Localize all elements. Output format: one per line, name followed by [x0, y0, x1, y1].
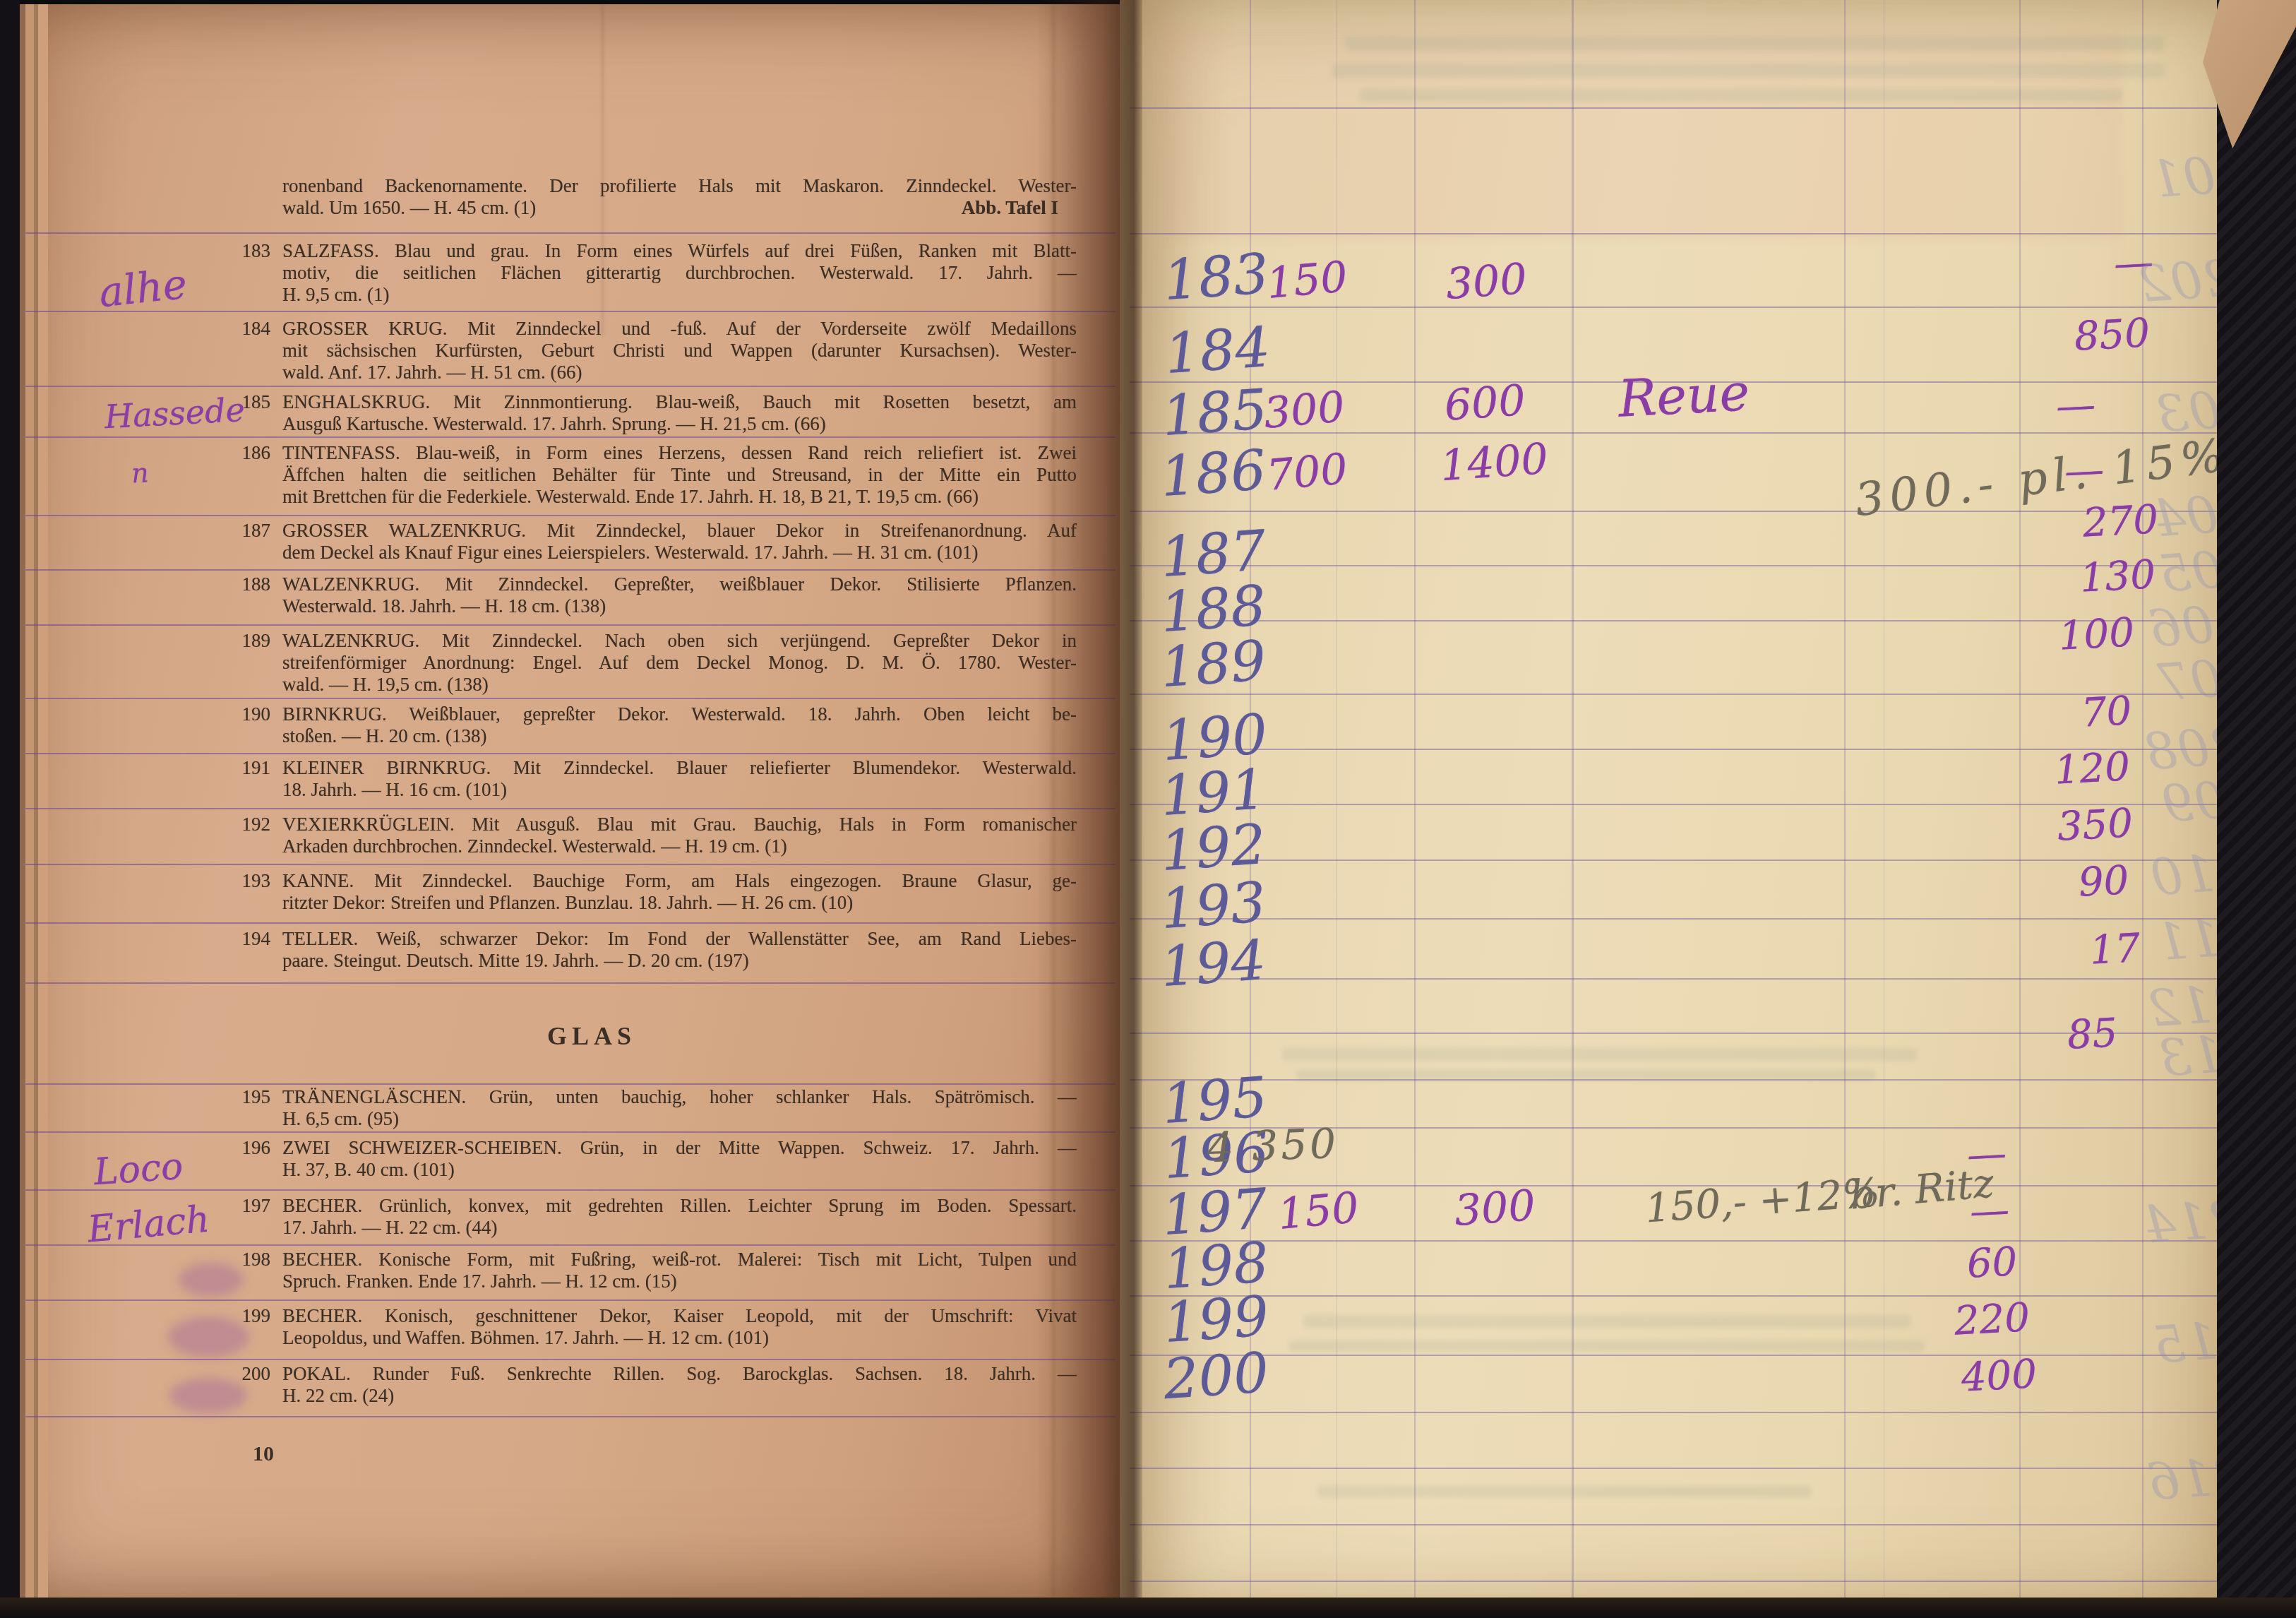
- rule-line: [25, 386, 1116, 387]
- catalog-entry-199: 199BECHER. Konisch, geschnittener Dekor,…: [282, 1305, 1077, 1349]
- ledger-result-188: 130: [2079, 552, 2156, 602]
- ledger-result-185: —: [2055, 382, 2096, 430]
- entry-line: GROSSER WALZENKRUG. Mit Zinndeckel, blau…: [282, 520, 1077, 542]
- ledger-result-192: 350: [2056, 800, 2134, 850]
- rule-line: [1130, 307, 2217, 308]
- ledger-result-184: 850: [2073, 310, 2151, 360]
- column-rule: [1884, 0, 1884, 1618]
- book-scan: ronenband Backenornamente. Der profilier…: [0, 0, 2296, 1618]
- margin-note-185: Hassede: [104, 391, 246, 436]
- ledger-lot-189: 189: [1159, 629, 1268, 700]
- ledger-result-197: —: [1968, 1187, 2010, 1235]
- rule-line: [1130, 804, 2217, 805]
- catalog-entry-197: 197BECHER. Grünlich, konvex, mit gedreht…: [282, 1195, 1077, 1239]
- ghost-bleed-text: [1317, 1486, 1812, 1497]
- entry-line: dem Deckel als Knauf Figur eines Leiersp…: [282, 542, 1077, 564]
- entry-line: H. 22 cm. (24): [282, 1385, 1077, 1407]
- rule-line: [25, 698, 1116, 699]
- rule-line: [25, 311, 1116, 312]
- rule-line: [25, 922, 1116, 924]
- rule-line: [1130, 233, 2217, 234]
- entry-line: BECHER. Konische Form, mit Fußring, weiß…: [282, 1249, 1077, 1271]
- entry-number: 183: [217, 240, 270, 262]
- catalog-entry-185: 185ENGHALSKRUG. Mit Zinnmontierung. Blau…: [282, 391, 1077, 435]
- entry-line: ronenband Backenornamente. Der profilier…: [282, 175, 1077, 197]
- entry-line: H. 9,5 cm. (1): [282, 284, 1077, 306]
- gutter-shadow: [1036, 0, 1142, 1618]
- entry-line: ritzter Dekor: Streifen und Pflanzen. Bu…: [282, 892, 1077, 914]
- entry-line: ENGHALSKRUG. Mit Zinnmontierung. Blau-we…: [282, 391, 1077, 413]
- margin-note-196: Loco: [92, 1146, 184, 1194]
- entry-line: H. 37, B. 40 cm. (101): [282, 1159, 1077, 1181]
- entry-line: BECHER. Grünlich, konvex, mit gedrehten …: [282, 1195, 1077, 1217]
- column-rule: [1414, 0, 1416, 1618]
- rule-line: [1130, 978, 2217, 980]
- ledger-result-199: 220: [1953, 1295, 2031, 1345]
- ledger-result-189: 100: [2057, 609, 2135, 660]
- entry-number: 192: [217, 814, 270, 835]
- ledger-lot-184: 184: [1163, 316, 1272, 386]
- entry-line: VEXIERKRÜGLEIN. Mit Ausguß. Blau mit Gra…: [282, 814, 1077, 835]
- ledger-limit-197: 300: [1453, 1181, 1537, 1236]
- paper-tint: [1162, 28, 2122, 240]
- entry-line: TRÄNENGLÄSCHEN. Grün, unten bauchig, hoh…: [282, 1086, 1077, 1108]
- ledger-result-198: 60: [1966, 1239, 2019, 1287]
- rule-line: [25, 864, 1116, 865]
- catalog-entry-187: 187GROSSER WALZENKRUG. Mit Zinndeckel, b…: [282, 520, 1077, 564]
- ghost-bleed-text: [1360, 89, 2122, 102]
- entry-number: 186: [217, 442, 270, 464]
- ledger-result-191: 120: [2053, 744, 2131, 794]
- entry-line: Westerwald. 18. Jahrh. — H. 18 cm. (138): [282, 595, 1077, 617]
- catalog-entry-198: 198BECHER. Konische Form, mit Fußring, w…: [282, 1249, 1077, 1292]
- ink-smudge: [169, 1378, 247, 1413]
- ledger-result-193: 90: [2077, 857, 2130, 906]
- entry-line: Äffchen halten die seitlichen Behälter f…: [282, 464, 1077, 486]
- entry-line: wald. Um 1650. — H. 45 cm. (1): [282, 197, 1077, 219]
- entry-number: 187: [217, 520, 270, 542]
- ledger-lot-200: 200: [1161, 1341, 1271, 1412]
- rule-line: [1130, 1033, 2217, 1034]
- rule-line: [1130, 511, 2217, 512]
- catalog-entry-183: 183SALZFASS. Blau und grau. In Form eine…: [282, 240, 1077, 306]
- entry-number: 193: [217, 870, 270, 892]
- entry-number: 195: [217, 1086, 270, 1108]
- ledger-lot-194: 194: [1159, 929, 1268, 999]
- rule-line: [1130, 1468, 2217, 1469]
- ledger-lot-186: 186: [1159, 439, 1268, 509]
- rule-line: [1130, 1524, 2217, 1525]
- ledger-limit-185: 600: [1443, 376, 1527, 431]
- margin-note-183: alhe: [97, 260, 189, 317]
- ledger-result-190: 70: [2080, 688, 2133, 737]
- book-cover-edge: [0, 1598, 2296, 1618]
- rule-line: [25, 753, 1116, 754]
- ledger-lot-185: 185: [1160, 378, 1269, 448]
- ledger-estimate-197: 150: [1276, 1183, 1361, 1239]
- entry-line: WALZENKRUG. Mit Zinndeckel. Nach oben si…: [282, 630, 1077, 652]
- rule-line: [1130, 1355, 2217, 1356]
- rule-line: [1130, 1240, 2217, 1242]
- entry-line: GROSSER KRUG. Mit Zinndeckel und -fuß. A…: [282, 318, 1077, 340]
- entry-number: 189: [217, 630, 270, 652]
- rule-line: [25, 1299, 1116, 1301]
- entry-line: ZWEI SCHWEIZER-SCHEIBEN. Grün, in der Mi…: [282, 1137, 1077, 1159]
- entry-line: H. 6,5 cm. (95): [282, 1108, 1077, 1130]
- rule-line: [25, 1416, 1116, 1417]
- entry-line: mit sächsischen Kurfürsten, Geburt Chris…: [282, 340, 1077, 362]
- rule-line: [25, 1244, 1116, 1246]
- ghost-bleed-text: [1332, 64, 2165, 78]
- entry-line: 18. Jahrh. — H. 16 cm. (101): [282, 779, 1077, 801]
- rule-line: [25, 232, 1116, 234]
- section-heading: GLAS: [479, 1021, 705, 1051]
- entry-line: Leopoldus, und Waffen. Böhmen. 17. Jahrh…: [282, 1327, 1077, 1349]
- column-rule: [1337, 0, 1337, 1618]
- rule-line: [1130, 107, 2217, 109]
- pencil-note-197: 150,- +12%: [1644, 1170, 1882, 1232]
- rule-line: [1130, 1295, 2217, 1297]
- catalog-entry-189: 189WALZENKRUG. Mit Zinndeckel. Nach oben…: [282, 630, 1077, 696]
- entry-number: 190: [217, 703, 270, 725]
- rule-line: [25, 436, 1116, 438]
- ghost-bleed-text: [1282, 1048, 1918, 1061]
- ink-smudge: [168, 1316, 249, 1357]
- right-page: 183150300—184850185300600Reue—1867001400…: [1120, 0, 2221, 1618]
- entry-line: mit Brettchen für die Federkiele. Wester…: [282, 486, 1077, 508]
- ghost-bleed-text: [1346, 37, 2165, 51]
- rule-line: [25, 1359, 1116, 1360]
- entry-number: 184: [217, 318, 270, 340]
- ghost-bleed-text: [1303, 1315, 1911, 1328]
- entry-line: POKAL. Runder Fuß. Senkrechte Rillen. So…: [282, 1363, 1077, 1385]
- rule-line: [1130, 620, 2217, 621]
- catalog-entry-188: 188WALZENKRUG. Mit Zinndeckel. Gepreßter…: [282, 573, 1077, 617]
- ink-smudge: [179, 1263, 244, 1297]
- entry-line: 17. Jahrh. — H. 22 cm. (44): [282, 1217, 1077, 1239]
- ledger-result-187: 270: [2081, 496, 2159, 547]
- catalog-entry-193: 193KANNE. Mit Zinndeckel. Bauchige Form,…: [282, 870, 1077, 914]
- ledger-pencil-196: 4 350: [1207, 1119, 1339, 1172]
- rule-line: [1130, 1079, 2217, 1081]
- entry-line: paare. Steingut. Deutsch. Mitte 19. Jahr…: [282, 950, 1077, 972]
- catalog-entry-186: 186TINTENFASS. Blau-weiß, in Form eines …: [282, 442, 1077, 508]
- catalog-entry-191: 191KLEINER BIRNKRUG. Mit Zinndeckel. Bla…: [282, 757, 1077, 801]
- entry-line: KLEINER BIRNKRUG. Mit Zinndeckel. Blauer…: [282, 757, 1077, 779]
- rule-line: [25, 515, 1116, 516]
- catalog-entry-192: 192VEXIERKRÜGLEIN. Mit Ausguß. Blau mit …: [282, 814, 1077, 857]
- entry-line: streifenförmiger Anordnung: Engel. Auf d…: [282, 652, 1077, 674]
- catalog-entry-200: 200POKAL. Runder Fuß. Senkrechte Rillen.…: [282, 1363, 1077, 1407]
- ledger-estimate-183: 150: [1264, 252, 1349, 309]
- rule-line: [1130, 918, 2217, 920]
- ledger-result-195: 85: [2066, 1010, 2119, 1059]
- rule-line: [1130, 1581, 2217, 1582]
- column-rule: [1572, 0, 1574, 1618]
- rule-line: [25, 1083, 1116, 1085]
- entry-line: stoßen. — H. 20 cm. (138): [282, 725, 1077, 747]
- ledger-result-200: 400: [1960, 1351, 2038, 1401]
- ledger-limit-183: 300: [1445, 254, 1529, 309]
- catalog-entry-184: 184GROSSER KRUG. Mit Zinndeckel und -fuß…: [282, 318, 1077, 383]
- ledger-estimate-186: 700: [1264, 444, 1349, 501]
- page-number: 10: [253, 1442, 274, 1466]
- entry-number: 191: [217, 757, 270, 779]
- ledger-lot-183: 183: [1161, 242, 1271, 313]
- entry-line: TINTENFASS. Blau-weiß, in Form eines Her…: [282, 442, 1077, 464]
- entry-line: motiv, die seitlichen Flächen gitterarti…: [282, 262, 1077, 284]
- entry-line: BECHER. Konisch, geschnittener Dekor, Ka…: [282, 1305, 1077, 1327]
- entry-line: WALZENKRUG. Mit Zinndeckel. Gepreßter, w…: [282, 573, 1077, 595]
- margin-note-186: n: [131, 457, 150, 489]
- margin-note-197: Erlach: [86, 1198, 212, 1251]
- entry-line: TELLER. Weiß, schwarzer Dekor: Im Fond d…: [282, 928, 1077, 950]
- ledger-estimate-185: 300: [1262, 382, 1346, 439]
- book-cover-edge: [2217, 0, 2296, 1618]
- carryover-entry: ronenband Backenornamente. Der profilier…: [282, 175, 1077, 219]
- ledger-note-185: Reue: [1617, 362, 1751, 429]
- rule-line: [25, 808, 1116, 809]
- entry-number: 194: [217, 928, 270, 950]
- rule-line: [1130, 859, 2217, 861]
- catalog-entry-195: 195TRÄNENGLÄSCHEN. Grün, unten bauchig, …: [282, 1086, 1077, 1130]
- rule-line: [25, 569, 1116, 571]
- book-cover-edge: [0, 0, 20, 1618]
- entry-line: BIRNKRUG. Weißblauer, gepreßter Dekor. W…: [282, 703, 1077, 725]
- rule-line: [1130, 565, 2217, 566]
- left-page: ronenband Backenornamente. Der profilier…: [20, 4, 1121, 1599]
- entry-number: 196: [217, 1137, 270, 1159]
- entry-line: SALZFASS. Blau und grau. In Form eines W…: [282, 240, 1077, 262]
- column-rule: [1844, 0, 1846, 1618]
- ghost-bleed-text: [1289, 1340, 1925, 1352]
- entry-line: wald. — H. 19,5 cm. (138): [282, 674, 1077, 696]
- rule-line: [25, 982, 1116, 984]
- entry-number: 197: [217, 1195, 270, 1217]
- ledger-limit-186: 1400: [1439, 434, 1550, 491]
- entry-line: Ausguß Kartusche. Westerwald. 17. Jahrh.…: [282, 413, 1077, 435]
- ledger-result-194: 17: [2088, 925, 2141, 974]
- rule-line: [25, 1131, 1116, 1133]
- entry-line: Spruch. Franken. Ende 17. Jahrh. — H. 12…: [282, 1271, 1077, 1292]
- rule-line: [1130, 694, 2217, 695]
- page-edge-stack: [20, 4, 25, 1599]
- entry-line: Arkaden durchbrochen. Zinndeckel. Wester…: [282, 835, 1077, 857]
- catalog-entry-194: 194TELLER. Weiß, schwarzer Dekor: Im Fon…: [282, 928, 1077, 972]
- rule-line: [1130, 1412, 2217, 1413]
- entry-number: 188: [217, 573, 270, 595]
- entry-line: wald. Anf. 17. Jahrh. — H. 51 cm. (66): [282, 362, 1077, 383]
- catalog-entry-196: 196ZWEI SCHWEIZER-SCHEIBEN. Grün, in der…: [282, 1137, 1077, 1181]
- rule-line: [25, 1189, 1116, 1191]
- rule-line: [25, 624, 1116, 626]
- entry-line: KANNE. Mit Zinndeckel. Bauchige Form, am…: [282, 870, 1077, 892]
- catalog-entry-190: 190BIRNKRUG. Weißblauer, gepreßter Dekor…: [282, 703, 1077, 747]
